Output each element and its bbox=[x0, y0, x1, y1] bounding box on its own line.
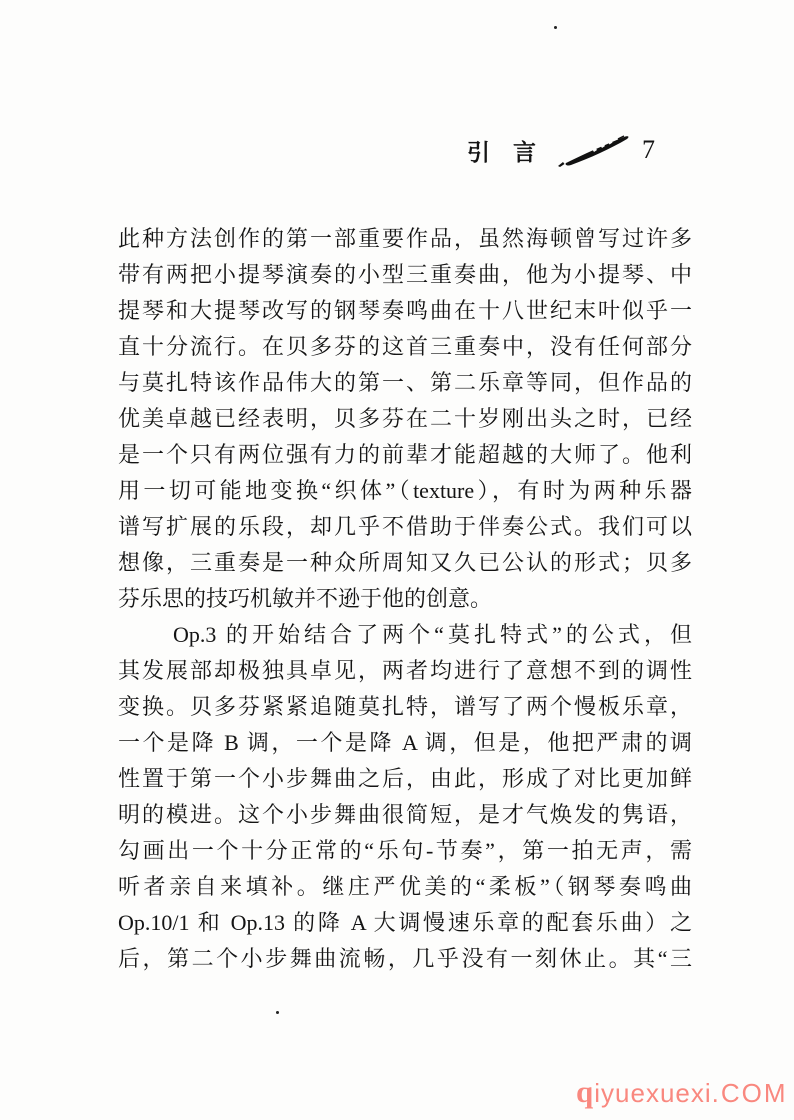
page-header: 引言 7 bbox=[0, 131, 794, 171]
text-line: Op.10/1 和 Op.13 的降 A 大调慢速乐章的配套乐曲）之 bbox=[118, 905, 692, 941]
text-line: 勾画出一个十分正常的“乐句-节奏”，第一拍无声，需 bbox=[118, 833, 692, 869]
text-line: 芬乐思的技巧机敏并不逊于他的创意。 bbox=[118, 581, 692, 617]
text-line: 是一个只有两位强有力的前辈才能超越的大师了。他利 bbox=[118, 437, 692, 473]
text-line: 变换。贝多芬紧紧追随莫扎特，谱写了两个慢板乐章， bbox=[118, 689, 692, 725]
text-line: 想像，三重奏是一种众所周知又久已公认的形式；贝多 bbox=[118, 545, 692, 581]
scan-speck bbox=[276, 1011, 279, 1014]
text-line: 提琴和大提琴改写的钢琴奏鸣曲在十八世纪末叶似乎一 bbox=[118, 293, 692, 329]
text-line: 听者亲自来填补。继庄严优美的“柔板”（钢琴奏鸣曲 bbox=[118, 869, 692, 905]
text-line: 优美卓越已经表明，贝多芬在二十岁刚出头之时，已经 bbox=[118, 401, 692, 437]
text-line: 后，第二个小步舞曲流畅，几乎没有一刻休止。其“三 bbox=[118, 941, 692, 977]
text-line: 带有两把小提琴演奏的小型三重奏曲，他为小提琴、中 bbox=[118, 257, 692, 293]
text-line: 此种方法创作的第一部重要作品，虽然海顿曾写过许多 bbox=[118, 221, 692, 257]
text-line: Op.3 的开始结合了两个“莫扎特式”的公式，但 bbox=[118, 617, 692, 653]
text-line: 直十分流行。在贝多芬的这首三重奏中，没有任何部分 bbox=[118, 329, 692, 365]
text-line: 用一切可能地变换“织体”（texture），有时为两种乐器 bbox=[118, 473, 692, 509]
text-line: 与莫扎特该作品伟大的第一、第二乐章等同，但作品的 bbox=[118, 365, 692, 401]
text-line: 谱写扩展的乐段，却几乎不借助于伴奏公式。我们可以 bbox=[118, 509, 692, 545]
text-line: 其发展部却极独具卓见，两者均进行了意想不到的调性 bbox=[118, 653, 692, 689]
text-line: 性置于第一个小步舞曲之后，由此，形成了对比更加鲜 bbox=[118, 761, 692, 797]
running-title: 引言 bbox=[467, 134, 559, 167]
text-line: 明的模进。这个小步舞曲很简短，是才气焕发的隽语， bbox=[118, 797, 692, 833]
brush-stroke-icon bbox=[552, 133, 636, 169]
watermark-suffix: .COM bbox=[712, 1078, 788, 1108]
scan-speck bbox=[554, 26, 557, 29]
page-number: 7 bbox=[642, 135, 655, 165]
text-line: 一个是降 B 调，一个是降 A 调，但是，他把严肃的调 bbox=[118, 725, 692, 761]
body-text: 此种方法创作的第一部重要作品，虽然海顿曾写过许多 带有两把小提琴演奏的小型三重奏… bbox=[118, 221, 692, 977]
watermark: qiyuexuexi.COM bbox=[576, 1074, 788, 1110]
book-page: 引言 7 此种方法创作的第一部重要作品，虽然海顿曾写过许多 带有两把小提琴演奏的… bbox=[0, 0, 794, 1120]
watermark-name: iyuexuexi bbox=[594, 1078, 711, 1108]
watermark-initial: q bbox=[576, 1074, 594, 1109]
